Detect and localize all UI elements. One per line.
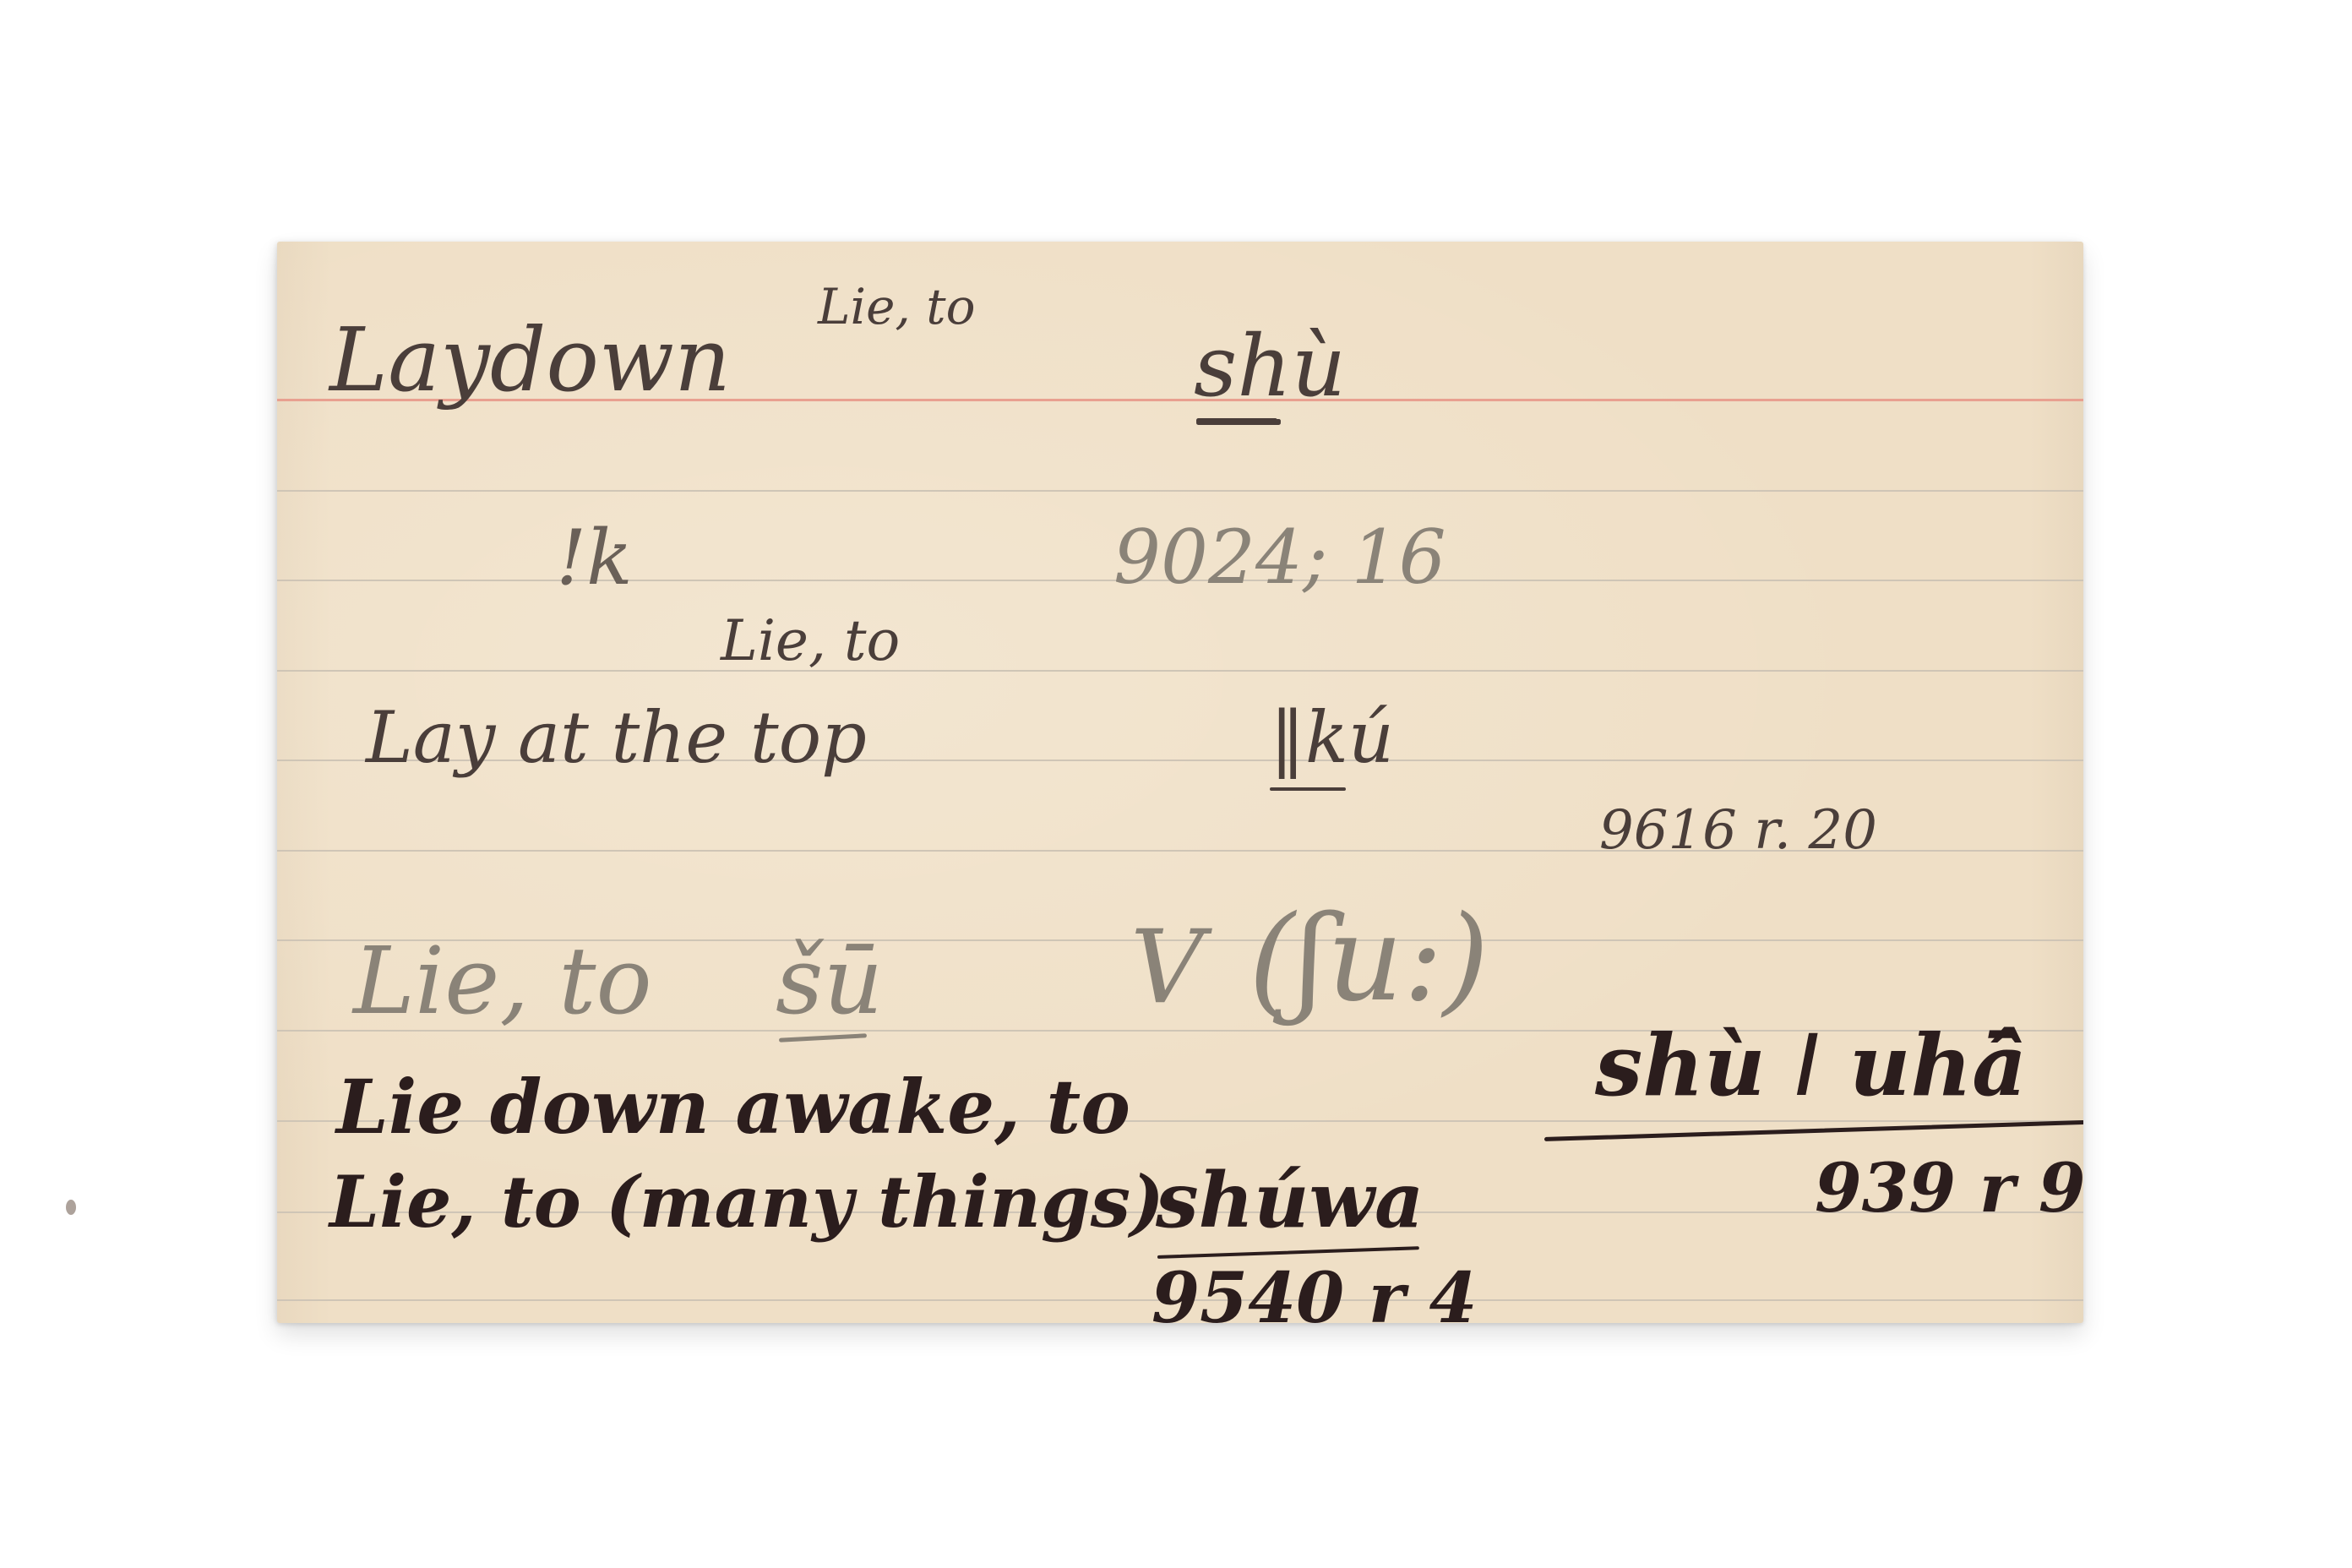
index-card: Laydown Lie, to shù !k 9024; 16 Lie, to … bbox=[277, 242, 2083, 1323]
reference-939: 939 r 9 bbox=[1815, 1154, 2083, 1222]
term-shu: shù bbox=[1194, 324, 1346, 409]
term-ku-underline bbox=[1270, 787, 1346, 791]
mark-v: V bbox=[1130, 917, 1204, 1019]
reference-9540: 9540 r 4 bbox=[1151, 1264, 1478, 1323]
term-shu-uha: shù ǀ uhā̂ bbox=[1595, 1023, 2027, 1108]
phrase-lie-to-many-things: Lie, to (many things) bbox=[329, 1167, 1164, 1238]
headword-laydown: Laydown bbox=[329, 316, 731, 404]
term-underline-main bbox=[1196, 419, 1281, 423]
ruled-line bbox=[277, 490, 2083, 492]
term-shuwa-underline bbox=[1157, 1246, 1419, 1259]
reference-9616: 9616 r. 20 bbox=[1599, 803, 1877, 857]
reference-9024: 9024; 16 bbox=[1113, 520, 1446, 595]
phrase-lie-to-gray: Lie, to bbox=[353, 934, 652, 1027]
superscript-lie-to-2: Lie, to bbox=[721, 613, 900, 669]
phrase-lie-down-awake: Lie down awake, to bbox=[336, 1070, 1130, 1144]
click-symbol: !k bbox=[556, 520, 633, 596]
term-ku: ‖kú bbox=[1270, 702, 1394, 773]
superscript-lie-to: Lie, to bbox=[818, 282, 976, 331]
phrase-lay-at-the-top: Lay at the top bbox=[366, 702, 867, 773]
ruled-line bbox=[277, 670, 2083, 672]
term-su-caron: šū bbox=[776, 934, 883, 1027]
dust-speck bbox=[66, 1200, 76, 1215]
term-shu-uha-underline bbox=[1544, 1120, 2083, 1141]
term-shuwa: shúwa bbox=[1156, 1162, 1424, 1239]
paren-note-phonetic: (ʃu:) bbox=[1249, 901, 1489, 1019]
